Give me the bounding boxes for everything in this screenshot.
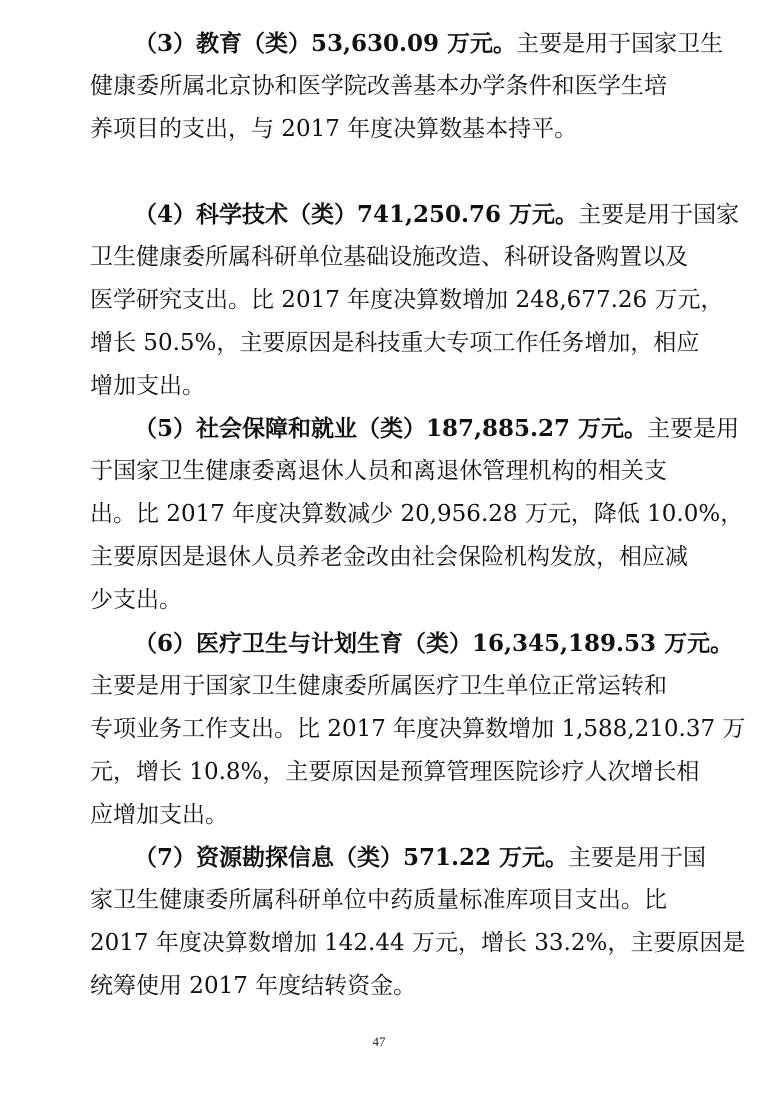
paragraph-science-line-3: 医学研究支出。比 2017 年度决算数增加 248,677.26 万元， — [90, 279, 667, 322]
paragraph-resources-line-3: 2017 年度决算数增加 142.44 万元，增长 33.2%，主要原因是 — [90, 922, 667, 965]
paragraph-text: 主要是用于国家 — [578, 202, 739, 228]
paragraph-social-security-line-5: 少支出。 — [90, 579, 667, 622]
section-heading-medical: （6）医疗卫生与计划生育（类）16,345,189.53 万元。 — [134, 630, 733, 657]
paragraph-science-line-5: 增加支出。 — [90, 365, 667, 408]
paragraph-medical-line-3: 专项业务工作支出。比 2017 年度决算数增加 1,588,210.37 万 — [90, 708, 667, 751]
paragraph-social-security-line-3: 出。比 2017 年度决算数减少 20,956.28 万元，降低 10.0%， — [90, 493, 667, 536]
paragraph-medical-line-1: （6）医疗卫生与计划生育（类）16,345,189.53 万元。 — [134, 622, 667, 665]
section-heading-science: （4）科学技术（类）741,250.76 万元。 — [134, 201, 578, 228]
paragraph-social-security-line-1: （5）社会保障和就业（类）187,885.27 万元。主要是用 — [134, 407, 667, 450]
paragraph-medical-line-5: 应增加支出。 — [90, 794, 667, 837]
paragraph-text: 主要是用于国 — [568, 845, 706, 871]
paragraph-social-security-line-2: 于国家卫生健康委离退休人员和离退休管理机构的相关支 — [90, 450, 667, 493]
section-heading-resources: （7）资源勘探信息（类）571.22 万元。 — [134, 844, 568, 871]
paragraph-medical-line-2: 主要是用于国家卫生健康委所属医疗卫生单位正常运转和 — [90, 665, 667, 708]
paragraph-resources-line-4: 统筹使用 2017 年度结转资金。 — [90, 965, 667, 1008]
paragraph-science-line-1: （4）科学技术（类）741,250.76 万元。主要是用于国家 — [134, 193, 667, 236]
paragraph-resources-line-2: 家卫生健康委所属科研单位中药质量标准库项目支出。比 — [90, 879, 667, 922]
paragraph-social-security-line-4: 主要原因是退休人员养老金改由社会保险机构发放，相应减 — [90, 536, 667, 579]
section-heading-social-security: （5）社会保障和就业（类）187,885.27 万元。 — [134, 415, 647, 442]
paragraph-education-line-1: （3）教育（类）53,630.09 万元。主要是用于国家卫生 — [134, 22, 667, 65]
page-number: 47 — [0, 1034, 758, 1050]
document-page: （3）教育（类）53,630.09 万元。主要是用于国家卫生 健康委所属北京协和… — [0, 0, 758, 1100]
paragraph-text: 主要是用于国家卫生 — [516, 31, 723, 57]
paragraph-science-line-2: 卫生健康委所属科研单位基础设施改造、科研设备购置以及 — [90, 236, 667, 279]
paragraph-education-line-2: 健康委所属北京协和医学院改善基本办学条件和医学生培 — [90, 65, 667, 108]
paragraph-medical-line-4: 元，增长 10.8%，主要原因是预算管理医院诊疗人次增长相 — [90, 751, 667, 794]
paragraph-text: 主要是用 — [647, 416, 739, 442]
paragraph-education-line-3: 养项目的支出，与 2017 年度决算数基本持平。 — [90, 108, 667, 151]
paragraph-science-line-4: 增长 50.5%，主要原因是科技重大专项工作任务增加，相应 — [90, 322, 667, 365]
section-heading-education: （3）教育（类）53,630.09 万元。 — [134, 30, 516, 57]
paragraph-resources-line-1: （7）资源勘探信息（类）571.22 万元。主要是用于国 — [134, 836, 667, 879]
